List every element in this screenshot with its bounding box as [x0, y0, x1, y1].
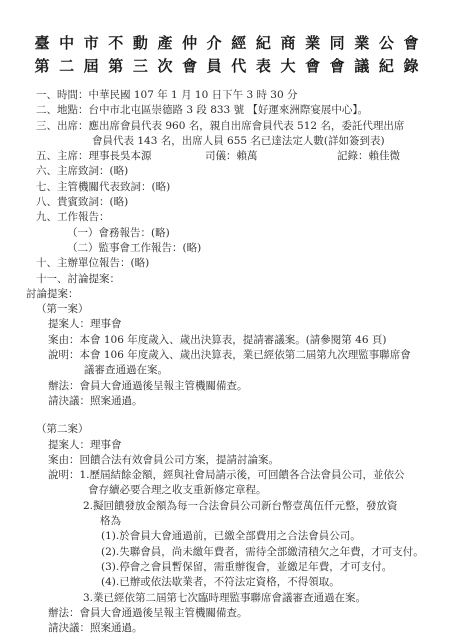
- document-line-discussion-heading: 十一、討論提案：: [36, 272, 453, 287]
- document-line-case2-proposer: 提案人：理事會: [48, 438, 453, 453]
- document-line-case2-item-4: (4).已辦或依法歇業者，不符法定資格，不得領取。: [101, 575, 453, 590]
- document-line-work-report: 九、工作報告：: [36, 210, 453, 225]
- document-line-case2-subject: 案由：回饋合法有效會員公司方案，提請討論案。: [48, 453, 453, 468]
- document-line-affairs-report: （一）會務報告：(略): [67, 226, 453, 241]
- document-line-authority-speech: 七、主管機關代表致詞：(略): [36, 180, 453, 195]
- document-line-case1-resolution: 請決議：照案通過。: [48, 394, 453, 409]
- document-line-attendance: 三、出席：應出席會員代表 960 名，親自出席會員代表 512 名，委託代理出席: [36, 119, 453, 134]
- chair-label: 五、主席：理事長吳本源: [36, 150, 152, 162]
- document-line-time: 一、時間：中華民國 107 年 1 月 10 日下午 3 時 30 分: [36, 88, 453, 103]
- document-line-case2-explanation-1: 說明：1.歷屆結餘金額，經與社會局請示後，可回饋各合法會員公司，並依公: [48, 468, 453, 483]
- document-title: 臺中市不動產仲介經紀商業同業公會 第二屆第三次會員代表大會會議紀錄: [0, 0, 453, 78]
- document-line-case2-item-3: (3).停會之會員暫保留，需重辦復會，並繳足年費，才可支付。: [101, 560, 453, 575]
- mc-label: 司儀：賴萬: [205, 149, 258, 164]
- document-line-guest-speech: 八、貴賓致詞：(略): [36, 195, 453, 210]
- document-line-location: 二、地點：台中市北屯區崇德路 3 段 833 號 【好運來洲際宴展中心】。: [36, 103, 453, 118]
- document-line-supervisor-report: （二）監事會工作報告：(略): [67, 241, 453, 256]
- document-line-case2-explanation-1-cont: 會存續必要合理之收支重新修定章程。: [88, 483, 453, 498]
- document-line-case2-explanation-2-cont: 格為: [100, 514, 453, 529]
- document-line-organizer-report: 十、主辦單位報告：(略): [36, 256, 453, 271]
- document-line-case1-explanation-cont: 議審查通過在案。: [84, 363, 453, 378]
- document-line-discussion-subheading: 討論提案：: [26, 287, 453, 302]
- document-line-chair-speech: 六、主席致詞：(略): [36, 164, 453, 179]
- document-line-case2-explanation-2: 2.擬回饋發放金額為每一合法會員公司新台幣壹萬伍仟元整，發放資: [83, 499, 453, 514]
- document-line-case2-resolution: 請決議：照案通過。: [48, 621, 453, 636]
- document-title-line-1: 臺中市不動產仲介經紀商業同業公會: [0, 32, 453, 55]
- document-body: 一、時間：中華民國 107 年 1 月 10 日下午 3 時 30 分 二、地點…: [0, 88, 453, 636]
- document-line-case1-title: （第一案）: [36, 302, 453, 317]
- document-line-case1-method: 辦法：會員大會通過後呈報主管機關備查。: [48, 379, 453, 394]
- document-line-case1-explanation: 說明：本會 106 年度歲入、歲出決算表，業已經依第二屆第九次理監事聯席會: [48, 348, 453, 363]
- blank-line: [0, 409, 453, 422]
- recorder-label: 記錄：賴佳微: [337, 149, 400, 164]
- document-title-line-2: 第二屆第三次會員代表大會會議紀錄: [0, 55, 453, 78]
- chair-row: 五、主席：理事長吳本源 司儀：賴萬 記錄：賴佳微: [36, 149, 453, 164]
- document-line-case1-subject: 案由：本會 106 年度歲入、歲出決算表，提請審議案。(請參閱第 46 頁): [48, 333, 453, 348]
- document-line-attendance-cont: 會員代表 143 名，出席人員 655 名已達法定人數(詳如簽到表): [92, 134, 453, 149]
- document-line-case2-title: （第二案）: [36, 422, 453, 437]
- document-line-case2-method: 辦法：會員大會通過後呈報主管機關備查。: [48, 606, 453, 621]
- meeting-minutes-document: 臺中市不動產仲介經紀商業同業公會 第二屆第三次會員代表大會會議紀錄 一、時間：中…: [0, 0, 453, 640]
- document-line-case2-item-2: (2).失聯會員，尚未繳年費者，需待全部繳清積欠之年費，才可支付。: [101, 545, 453, 560]
- document-line-case1-proposer: 提案人：理事會: [48, 317, 453, 332]
- document-line-case2-item-1: (1).於會員大會通過前，已繳全部費用之合法會員公司。: [101, 529, 453, 544]
- document-line-case2-explanation-3: 3.業已經依第二屆第七次臨時理監事聯席會議審查通過在案。: [83, 591, 453, 606]
